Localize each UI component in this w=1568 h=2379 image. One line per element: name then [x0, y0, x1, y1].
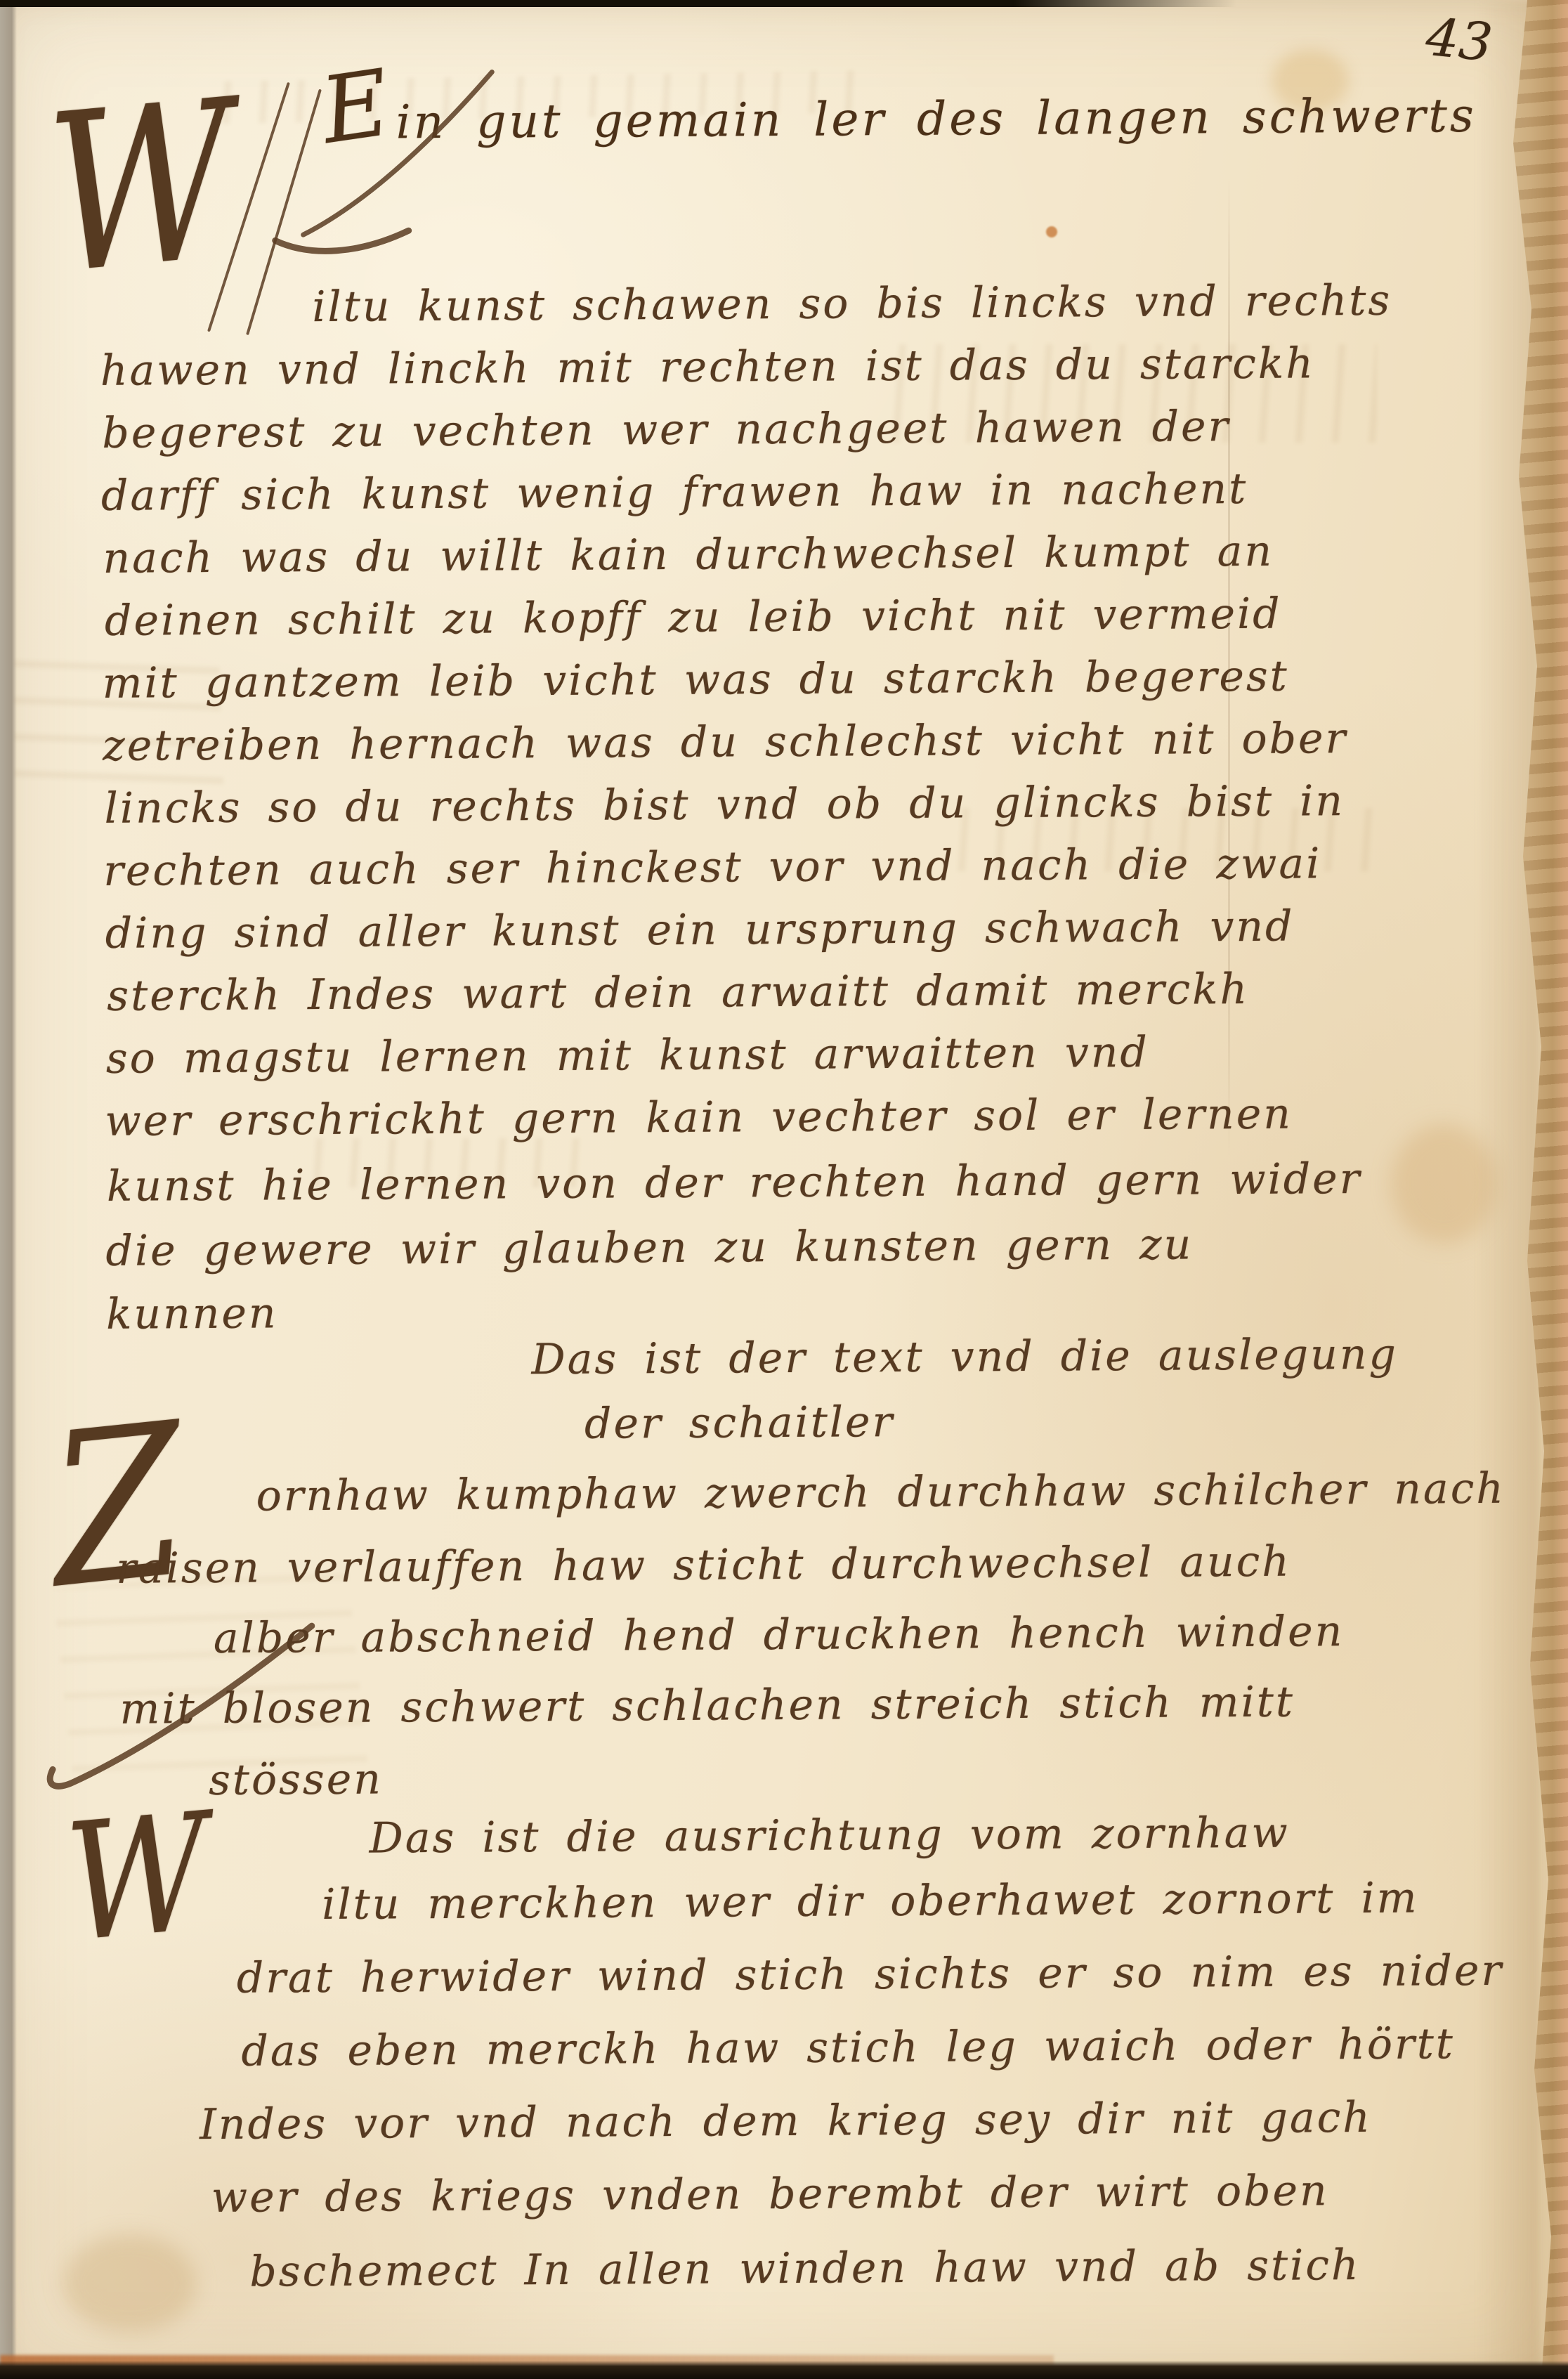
- manuscript-line: wer des kriegs vnden berembt der wirt ob…: [211, 2166, 1329, 2222]
- drop-cap-w: W: [44, 93, 238, 284]
- manuscript-line: darff sich kunst wenig frawen haw in nac…: [101, 464, 1248, 521]
- manuscript-line: Indes vor vnd nach dem krieg sey dir nit…: [200, 2093, 1372, 2149]
- ink-layer: 43 E in gut gemain ler des langen schwer…: [0, 0, 1568, 2379]
- manuscript-line: kunst hie lernen von der rechten hand ge…: [107, 1154, 1362, 1211]
- manuscript-line: raisen verlauffen haw sticht durchwechse…: [116, 1537, 1291, 1593]
- manuscript-line: mit gantzem leib vicht was du starckh be…: [102, 652, 1289, 708]
- manuscript-line: deinen schilt zu kopff zu leib vicht nit…: [105, 589, 1282, 646]
- manuscript-line: wer erschrickht gern kain vechter sol er…: [105, 1090, 1293, 1146]
- heading-text: in gut gemain ler des langen schwerts: [396, 89, 1477, 149]
- manuscript-line: alber abschneid hend druckhen hench wind…: [214, 1607, 1345, 1663]
- subheading-line: der schaitler: [584, 1397, 895, 1449]
- drop-cap-w2: W: [63, 1808, 211, 1950]
- manuscript-line: hawen vnd linckh mit rechten ist das du …: [100, 339, 1315, 396]
- manuscript-line: die gewere wir glauben zu kunsten gern z…: [105, 1220, 1193, 1275]
- manuscript-line: kunnen: [106, 1289, 278, 1338]
- subheading-line: Das ist der text vnd die auslegung: [531, 1330, 1398, 1385]
- manuscript-line: zetreiben hernach was du schlechst vicht…: [103, 714, 1348, 771]
- manuscript-scan: 43 E in gut gemain ler des langen schwer…: [0, 0, 1568, 2379]
- manuscript-line: so magstu lernen mit kunst arwaitten vnd: [106, 1028, 1149, 1083]
- manuscript-line: iltu kunst schawen so bis lincks vnd rec…: [312, 276, 1392, 332]
- manuscript-line: sterckh Indes wart dein arwaitt damit me…: [107, 965, 1249, 1021]
- manuscript-line: ornhaw kumphaw zwerch durchhaw schilcher…: [256, 1464, 1505, 1521]
- page-heading: E in gut gemain ler des langen schwerts: [322, 79, 1477, 150]
- heading-initial: E: [320, 81, 395, 133]
- manuscript-line: iltu merckhen wer dir oberhawet zornort …: [322, 1873, 1419, 1929]
- manuscript-line: nach was du willt kain durchwechsel kump…: [103, 527, 1274, 583]
- manuscript-line: rechten auch ser hinckest vor vnd nach d…: [103, 839, 1322, 896]
- manuscript-line: das eben merckh haw stich leg waich oder…: [241, 2019, 1455, 2076]
- manuscript-line: ding sind aller kunst ein ursprung schwa…: [105, 902, 1295, 958]
- manuscript-line: begerest zu vechten wer nachgeet hawen d…: [102, 402, 1230, 458]
- manuscript-line: bschemect In allen winden haw vnd ab sti…: [249, 2241, 1361, 2297]
- manuscript-line: mit blosen schwert schlachen streich sti…: [119, 1678, 1295, 1734]
- manuscript-line: stössen: [209, 1755, 383, 1806]
- manuscript-line: drat herwider wind stich sichts er so ni…: [237, 1946, 1504, 2003]
- folio-number: 43: [1423, 7, 1495, 74]
- subheading-line: Das ist die ausrichtung vom zornhaw: [369, 1808, 1290, 1863]
- manuscript-line: lincks so du rechts bist vnd ob du glinc…: [104, 776, 1345, 833]
